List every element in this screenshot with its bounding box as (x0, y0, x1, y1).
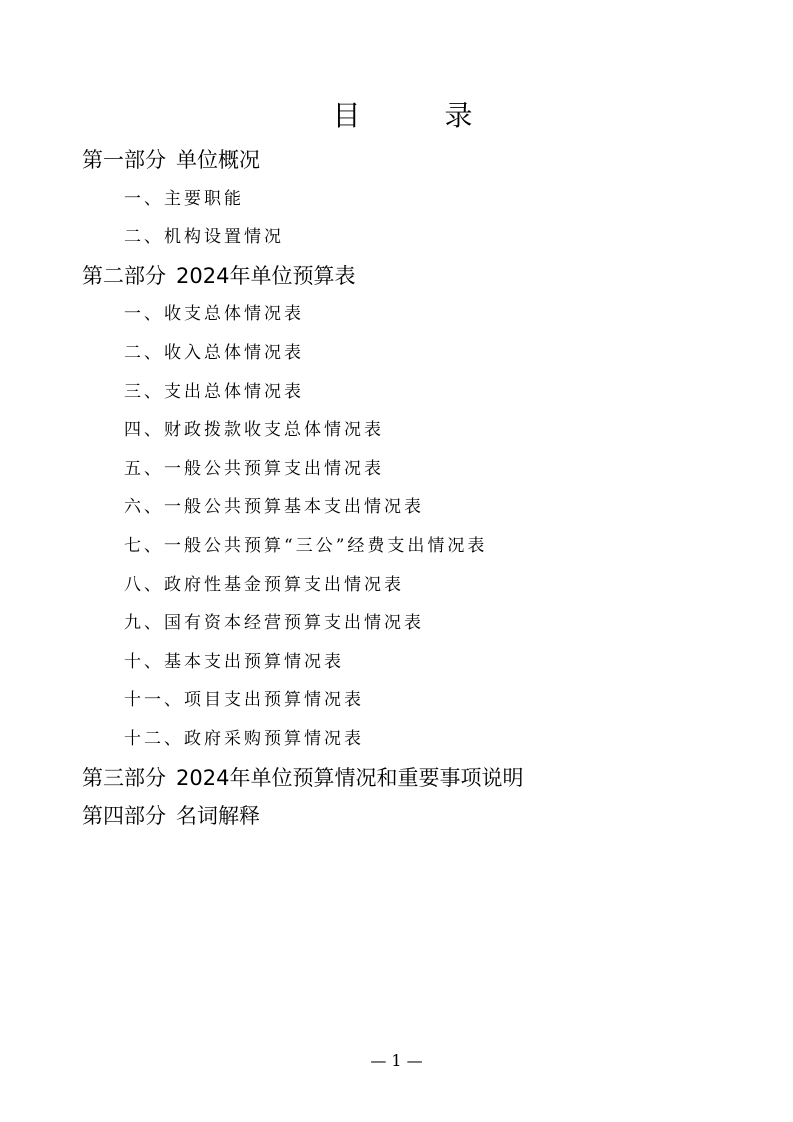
part-title: 2024年单位预算情况和重要事项说明 (176, 766, 523, 790)
toc-item-table-8[interactable]: 八、政府性基金预算支出情况表 (82, 566, 742, 605)
part-title: 单位概况 (176, 148, 260, 172)
toc-item-table-10[interactable]: 十、基本支出预算情况表 (82, 643, 742, 682)
toc-item-table-4[interactable]: 四、财政拨款收支总体情况表 (82, 411, 742, 450)
part-title: 2024年单位预算表 (176, 264, 355, 288)
toc-item-table-5[interactable]: 五、一般公共预算支出情况表 (82, 450, 742, 489)
toc-part-4[interactable]: 第四部分名词解释 (82, 797, 742, 836)
toc-item-table-7[interactable]: 七、一般公共预算“三公”经费支出情况表 (82, 527, 742, 566)
table-of-contents: 第一部分单位概况 一、主要职能 二、机构设置情况 第二部分2024年单位预算表 … (82, 141, 742, 836)
toc-item-main-functions[interactable]: 一、主要职能 (82, 180, 742, 219)
toc-item-table-2[interactable]: 二、收入总体情况表 (82, 334, 742, 373)
page-title: 目 录 (0, 96, 793, 136)
toc-item-table-3[interactable]: 三、支出总体情况表 (82, 373, 742, 412)
part-number: 第三部分 (82, 766, 166, 790)
toc-part-2[interactable]: 第二部分2024年单位预算表 (82, 257, 742, 296)
part-number: 第四部分 (82, 804, 166, 828)
part-number: 第二部分 (82, 264, 166, 288)
toc-item-organization[interactable]: 二、机构设置情况 (82, 218, 742, 257)
page-number: — 1 — (0, 1050, 793, 1072)
part-number: 第一部分 (82, 148, 166, 172)
toc-item-table-12[interactable]: 十二、政府采购预算情况表 (82, 720, 742, 759)
toc-part-1[interactable]: 第一部分单位概况 (82, 141, 742, 180)
toc-item-table-6[interactable]: 六、一般公共预算基本支出情况表 (82, 488, 742, 527)
toc-part-3[interactable]: 第三部分2024年单位预算情况和重要事项说明 (82, 759, 742, 798)
part-title: 名词解释 (176, 804, 260, 828)
toc-item-table-9[interactable]: 九、国有资本经营预算支出情况表 (82, 604, 742, 643)
toc-item-table-11[interactable]: 十一、项目支出预算情况表 (82, 681, 742, 720)
toc-item-table-1[interactable]: 一、收支总体情况表 (82, 295, 742, 334)
